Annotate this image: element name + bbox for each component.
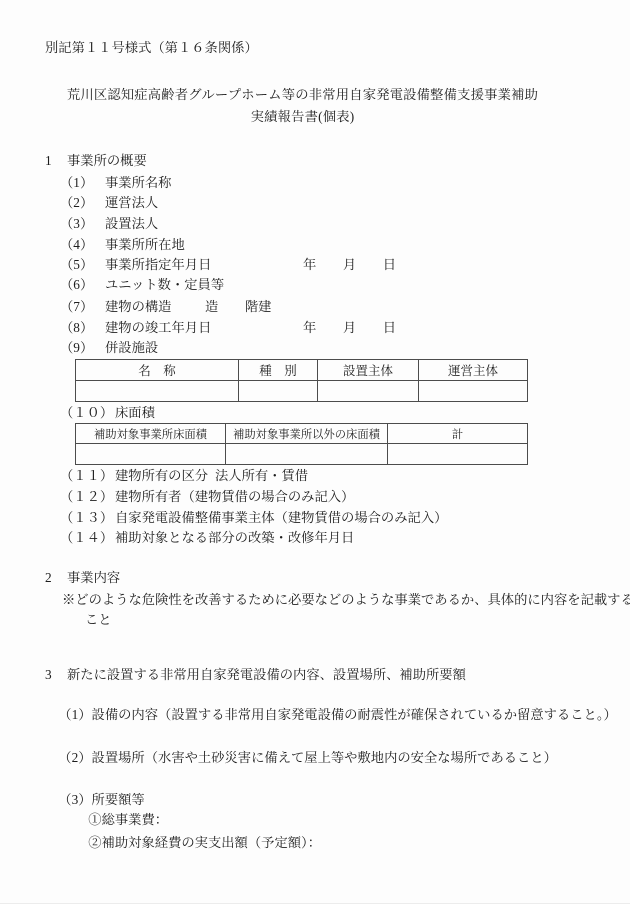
item-row-2: （2） 運営法人 (0, 193, 630, 213)
item-12-number: （１２） (60, 487, 113, 507)
item-4-label: 事業所所在地 (105, 235, 185, 255)
document-title-line2: 実績報告書(個表) (45, 107, 560, 127)
section3-title: 新たに設置する非常用自家発電設備の内容、設置場所、補助所要額 (67, 665, 466, 685)
item-6-number: （6） (60, 275, 93, 295)
section3-subitem-2-number: ② (88, 835, 101, 850)
item-3-label: 設置法人 (105, 214, 158, 234)
item-14-label: 補助対象となる部分の改築・改修年月日 (115, 528, 354, 548)
section3-item-1: （1）設備の内容（設置する非常用自家発電設備の耐震性が確保されているか留意するこ… (45, 685, 625, 705)
item-5-label: 事業所指定年月日 (105, 255, 211, 275)
annex-header-operator: 運営主体 (419, 360, 528, 381)
item-row-5: （5） 事業所指定年月日 年 月 日 (0, 255, 630, 275)
item-2-number: （2） (60, 193, 93, 213)
item-7-label: 建物の構造 (105, 297, 171, 317)
form-number-note: 別記第１１号様式（第１６条関係） (45, 38, 585, 58)
item-2-label: 運営法人 (105, 193, 158, 213)
section3-subitem-1: ①総事業費： (75, 790, 615, 810)
item-1-number: （1） (60, 173, 93, 193)
section3-item-2-label: 設置場所（水害や土砂災害に備えて屋上等や敷地内の安全な場所であること） (92, 750, 557, 765)
section2-title: 事業内容 (67, 568, 120, 588)
section1-number: 1 (45, 151, 52, 171)
item-row-3: （3） 設置法人 (0, 214, 630, 234)
annex-cell-type (239, 381, 318, 402)
item-1-label: 事業所名称 (105, 173, 171, 193)
section3-heading: 3 新たに設置する非常用自家発電設備の内容、設置場所、補助所要額 (0, 665, 630, 685)
section3-subitem-2: ②補助対象経費の実支出額（予定額）： (75, 813, 615, 833)
item-10-number: （１０） (60, 403, 113, 423)
item-9-number: （9） (60, 338, 93, 358)
floor-header-total: 計 (388, 424, 528, 444)
item-row-10: （１０） 床面積 (0, 403, 630, 423)
item-8-number: （8） (60, 318, 93, 338)
item-8-date-placeholder: 年 月 日 (303, 318, 396, 338)
annex-header-type: 種 別 (239, 360, 318, 381)
item-row-4: （4） 事業所所在地 (0, 235, 630, 255)
section3-item-3: （3）所要額等 (45, 770, 625, 790)
annex-cell-name (76, 381, 239, 402)
item-row-1: （1） 事業所名称 (0, 173, 630, 193)
section3-item-1-number: （1） (58, 707, 91, 722)
floor-cell-subsidized (76, 444, 226, 465)
section3-number: 3 (45, 665, 52, 685)
floor-header-other: 補助対象事業所以外の床面積 (226, 424, 388, 444)
item-8-label: 建物の竣工年月日 (105, 318, 211, 338)
floor-table-header-row: 補助対象事業所床面積 補助対象事業所以外の床面積 計 (76, 424, 528, 444)
item-row-7: （7） 建物の構造 造 階建 (0, 297, 630, 317)
document-page: 別記第１１号様式（第１６条関係） 荒川区認知症高齢者グループホーム等の非常用自家… (0, 0, 630, 904)
section3-item-1-label: 設備の内容（設置する非常用自家発電設備の耐震性が確保されているか留意すること。） (92, 707, 617, 722)
floor-header-subsidized: 補助対象事業所床面積 (76, 424, 226, 444)
annex-header-name: 名 称 (76, 360, 239, 381)
item-6-label: ユニット数・定員等 (105, 275, 224, 295)
section2-note-line1: ※どのような危険性を改善するために必要などのような事業であるか、具体的に内容を記… (62, 590, 622, 610)
item-5-date-placeholder: 年 月 日 (303, 255, 396, 275)
annex-facility-table: 名 称 種 別 設置主体 運営主体 (75, 359, 528, 402)
item-3-number: （3） (60, 214, 93, 234)
item-row-13: （１３） 自家発電設備整備事業主体（建物賃借の場合のみ記入） (0, 508, 630, 528)
document-title-line1: 荒川区認知症高齢者グループホーム等の非常用自家発電設備整備支援事業補助 (45, 85, 560, 105)
section3-item-2: （2）設置場所（水害や土砂災害に備えて屋上等や敷地内の安全な場所であること） (45, 728, 625, 748)
item-row-14: （１４） 補助対象となる部分の改築・改修年月日 (0, 528, 630, 548)
item-9-label: 併設施設 (105, 338, 158, 358)
section3-subitem-2-label: 補助対象経費の実支出額（予定額）： (102, 835, 321, 850)
floor-table-empty-row (76, 444, 528, 465)
floor-area-table: 補助対象事業所床面積 補助対象事業所以外の床面積 計 (75, 423, 528, 465)
item-7-structure-placeholder: 造 階建 (205, 297, 271, 317)
item-4-number: （4） (60, 235, 93, 255)
annex-table-empty-row (76, 381, 528, 402)
item-5-number: （5） (60, 255, 93, 275)
item-row-9: （9） 併設施設 (0, 338, 630, 358)
item-row-8: （8） 建物の竣工年月日 年 月 日 (0, 318, 630, 338)
item-11-label: 建物所有の区分 (115, 466, 208, 486)
annex-cell-operator (419, 381, 528, 402)
section2-note-line2: こと (85, 610, 585, 630)
item-11-number: （１１） (60, 466, 113, 486)
section2-number: 2 (45, 568, 52, 588)
item-7-number: （7） (60, 297, 93, 317)
section2-heading: 2 事業内容 (0, 568, 630, 588)
item-12-label: 建物所有者（建物賃借の場合のみ記入） (115, 487, 354, 507)
item-13-label: 自家発電設備整備事業主体（建物賃借の場合のみ記入） (115, 508, 447, 528)
item-14-number: （１４） (60, 528, 113, 548)
annex-header-installer: 設置主体 (318, 360, 419, 381)
annex-cell-installer (318, 381, 419, 402)
annex-table-header-row: 名 称 種 別 設置主体 運営主体 (76, 360, 528, 381)
section1-title: 事業所の概要 (67, 151, 147, 171)
item-row-12: （１２） 建物所有者（建物賃借の場合のみ記入） (0, 487, 630, 507)
item-row-6: （6） ユニット数・定員等 (0, 275, 630, 295)
item-10-label: 床面積 (115, 403, 155, 423)
section1-heading: 1 事業所の概要 (0, 151, 630, 171)
item-13-number: （１３） (60, 508, 113, 528)
item-row-11: （１１） 建物所有の区分 法人所有・賃借 (0, 466, 630, 486)
floor-cell-other (226, 444, 388, 465)
section3-item-2-number: （2） (58, 750, 91, 765)
item-11-ownership-options: 法人所有・賃借 (215, 466, 308, 486)
floor-cell-total (388, 444, 528, 465)
